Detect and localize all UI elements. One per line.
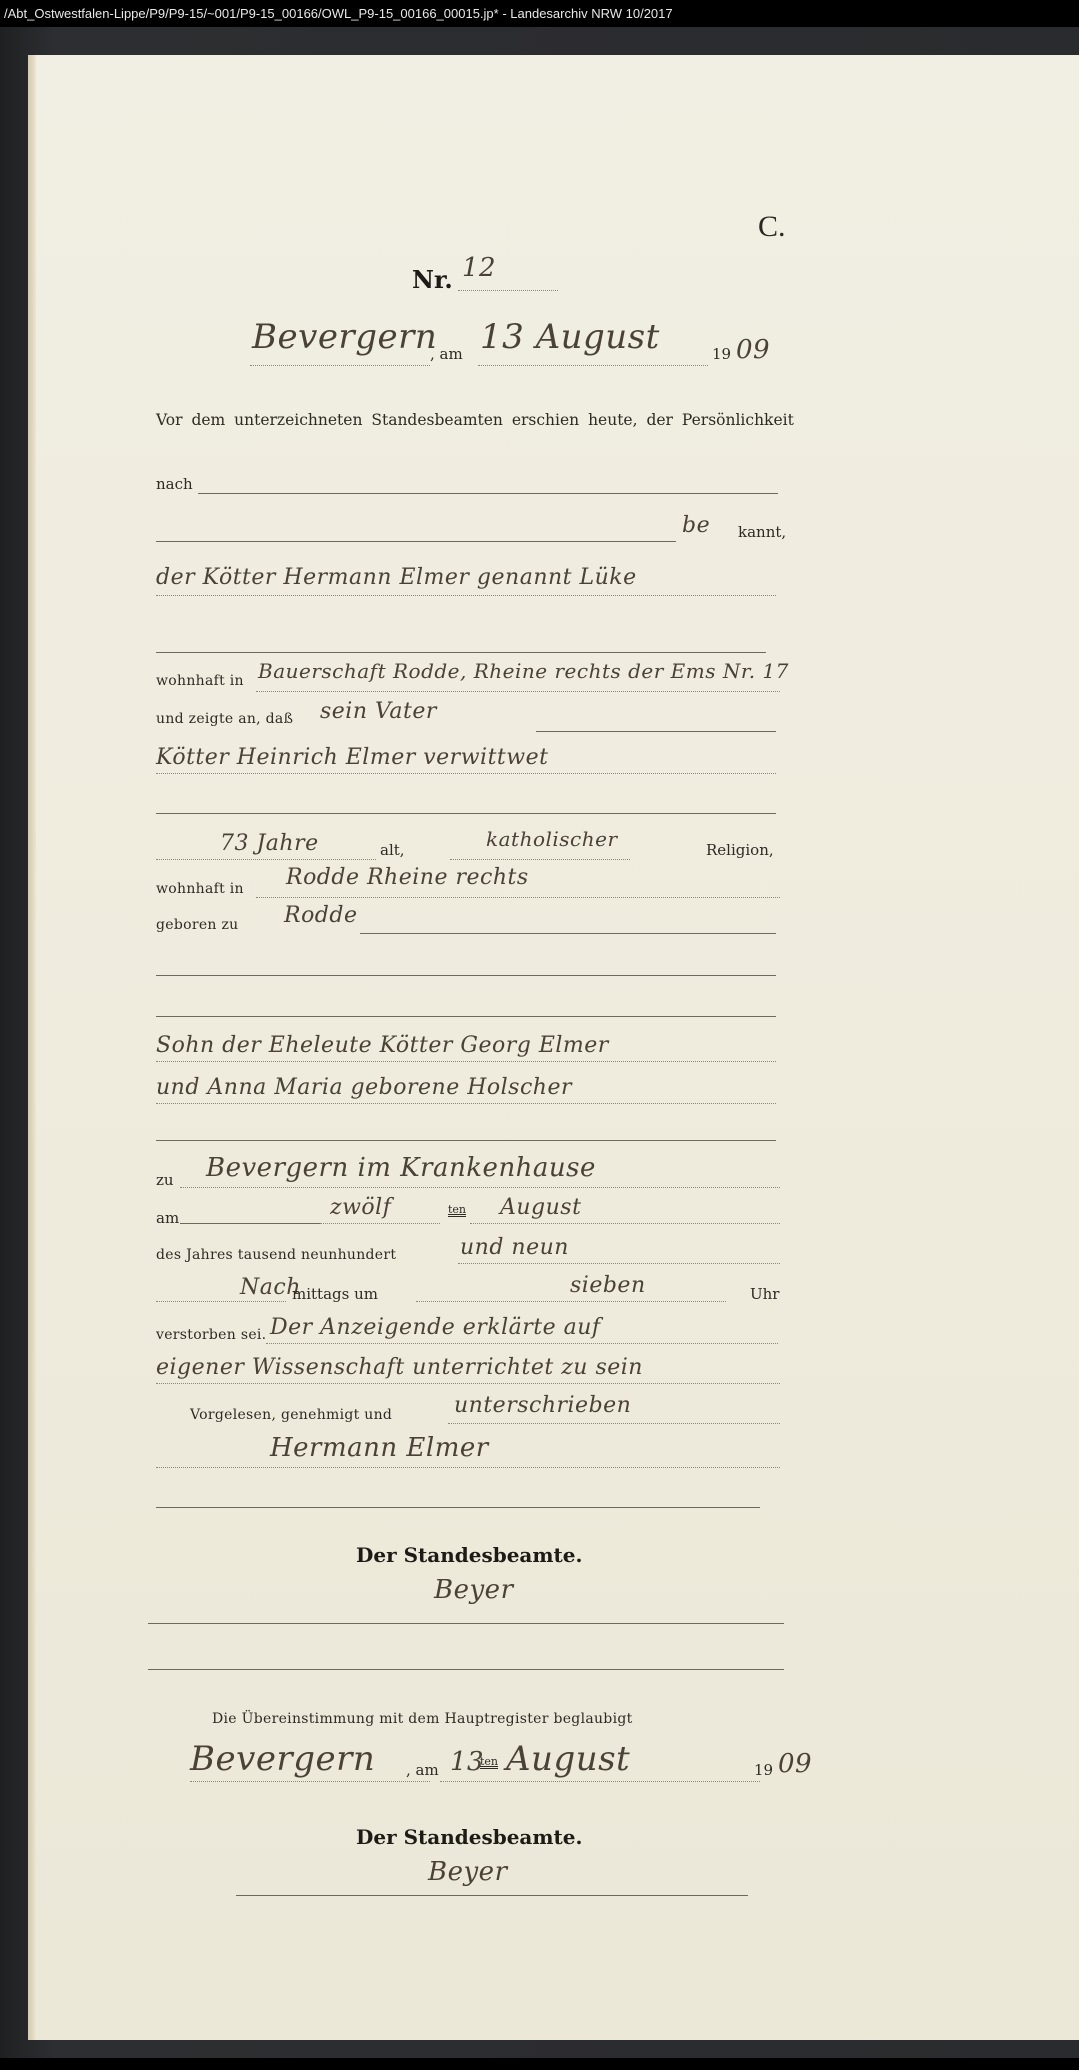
- dotted-line: [180, 1187, 780, 1188]
- dotted-line: [156, 1301, 286, 1302]
- dotted-line: [156, 1061, 776, 1062]
- dotted-line: [156, 1103, 776, 1104]
- dotted-line: [450, 859, 630, 860]
- read-label: Vorgelesen, genehmigt und: [190, 1407, 392, 1423]
- deceased-residence-value: Rodde Rheine rechts: [286, 865, 529, 890]
- born-value: Rodde: [284, 903, 358, 928]
- certification-text: Die Übereinstimmung mit dem Hauptregiste…: [212, 1711, 633, 1727]
- parents-line-2: und Anna Maria geborene Holscher: [156, 1075, 572, 1100]
- reported-value-1: sein Vater: [320, 699, 437, 724]
- dotted-line: [256, 897, 780, 898]
- dotted-line: [156, 773, 776, 774]
- blank-line: [148, 1669, 784, 1670]
- number-label: Nr.: [412, 265, 453, 294]
- cert-registrar-signature: Beyer: [428, 1857, 508, 1887]
- registrar-signature: Beyer: [434, 1575, 514, 1605]
- blank-line: [156, 1016, 776, 1017]
- residence-value: Bauerschaft Rodde, Rheine rechts der Ems…: [258, 659, 789, 683]
- dotted-line: [470, 1223, 780, 1224]
- dotted-line: [266, 1343, 778, 1344]
- signature-line: [148, 1623, 784, 1624]
- declaration-line-2: eigener Wissenschaft unterrichtet zu sei…: [156, 1355, 643, 1380]
- blank-line: [156, 1140, 776, 1141]
- death-day-value: zwölf: [330, 1195, 391, 1220]
- reported-value-2: Kötter Heinrich Elmer verwittwet: [156, 745, 548, 770]
- intro-text: Vor dem unterzeichneten Standesbeamten e…: [156, 411, 794, 429]
- year-label: des Jahres tausend neunhundert: [156, 1247, 396, 1263]
- blank-line: [156, 1507, 760, 1508]
- blank-line: [198, 493, 778, 494]
- dotted-line: [478, 365, 708, 366]
- form-letter: C.: [758, 210, 786, 244]
- born-label: geboren zu: [156, 917, 238, 933]
- cert-am-label: , am: [406, 1761, 439, 1779]
- place: Bevergern: [252, 317, 437, 357]
- cert-place: Bevergern: [190, 1739, 375, 1779]
- blank-line: [536, 731, 776, 732]
- residence-label: wohnhaft in: [156, 673, 244, 689]
- death-place-label: zu: [156, 1171, 174, 1189]
- cert-year-suffix: 09: [778, 1749, 812, 1779]
- read-value: unterschrieben: [454, 1393, 631, 1418]
- year-suffix: 09: [736, 335, 770, 365]
- dotted-line: [416, 1301, 726, 1302]
- cert-ten-label: ten: [480, 1755, 498, 1768]
- dotted-line: [156, 1467, 780, 1468]
- death-place-value: Bevergern im Krankenhause: [206, 1153, 596, 1183]
- uhr-label: Uhr: [750, 1285, 779, 1303]
- nach-label: nach: [156, 475, 193, 493]
- blank-line: [156, 652, 766, 653]
- died-label: verstorben sei.: [156, 1327, 266, 1343]
- dotted-line: [458, 290, 558, 291]
- age-label: alt,: [380, 841, 405, 859]
- religion-value: katholischer: [486, 827, 618, 851]
- year-value: und neun: [460, 1235, 569, 1260]
- cert-registrar-heading: Der Standesbeamte.: [356, 1825, 582, 1849]
- dotted-line: [458, 1263, 780, 1264]
- dotted-line: [156, 595, 776, 596]
- signature-informant: Hermann Elmer: [270, 1433, 489, 1463]
- cert-day: 13: [450, 1747, 484, 1777]
- bottom-bar: [0, 2058, 1079, 2070]
- death-day-label: am: [156, 1209, 179, 1227]
- blank-line: [156, 541, 676, 542]
- known-hand: be: [682, 513, 710, 538]
- number-value: 12: [462, 253, 496, 283]
- dotted-line: [156, 859, 376, 860]
- cert-year-prefix: 19: [754, 1761, 773, 1779]
- blank-line: [156, 813, 776, 814]
- death-register-page: C. Nr. 12 Bevergern , am 13 August 19 09…: [30, 55, 1079, 2040]
- ten-label: ten: [448, 1203, 466, 1216]
- deceased-residence-label: wohnhaft in: [156, 881, 244, 897]
- signature-line: [236, 1895, 748, 1896]
- dotted-line: [440, 1781, 760, 1782]
- blank-line: [180, 1223, 320, 1224]
- time-label: mittags um: [292, 1285, 378, 1303]
- year-prefix: 19: [712, 345, 731, 363]
- time-value: sieben: [570, 1273, 646, 1298]
- dotted-line: [320, 1223, 440, 1224]
- cert-month: August: [506, 1739, 630, 1779]
- dotted-line: [256, 691, 780, 692]
- death-month-value: August: [500, 1195, 581, 1220]
- known-label: kannt,: [738, 523, 786, 541]
- dotted-line: [190, 1781, 430, 1782]
- religion-label: Religion,: [706, 841, 774, 859]
- am-label: , am: [430, 345, 463, 363]
- age-value: 73 Jahre: [220, 831, 319, 856]
- dotted-line: [448, 1423, 780, 1424]
- informant: der Kötter Hermann Elmer genannt Lüke: [156, 565, 637, 590]
- window-title: /Abt_Ostwestfalen-Lippe/P9/P9-15/~001/P9…: [0, 0, 1079, 27]
- reported-label: und zeigte an, daß: [156, 711, 293, 727]
- parents-line-1: Sohn der Eheleute Kötter Georg Elmer: [156, 1033, 609, 1058]
- blank-line: [360, 933, 776, 934]
- declaration-line-1: Der Anzeigende erklärte auf: [270, 1315, 601, 1340]
- dotted-line: [250, 365, 430, 366]
- date: 13 August: [480, 317, 660, 357]
- blank-line: [156, 975, 776, 976]
- dotted-line: [156, 1383, 780, 1384]
- registrar-heading: Der Standesbeamte.: [356, 1543, 582, 1567]
